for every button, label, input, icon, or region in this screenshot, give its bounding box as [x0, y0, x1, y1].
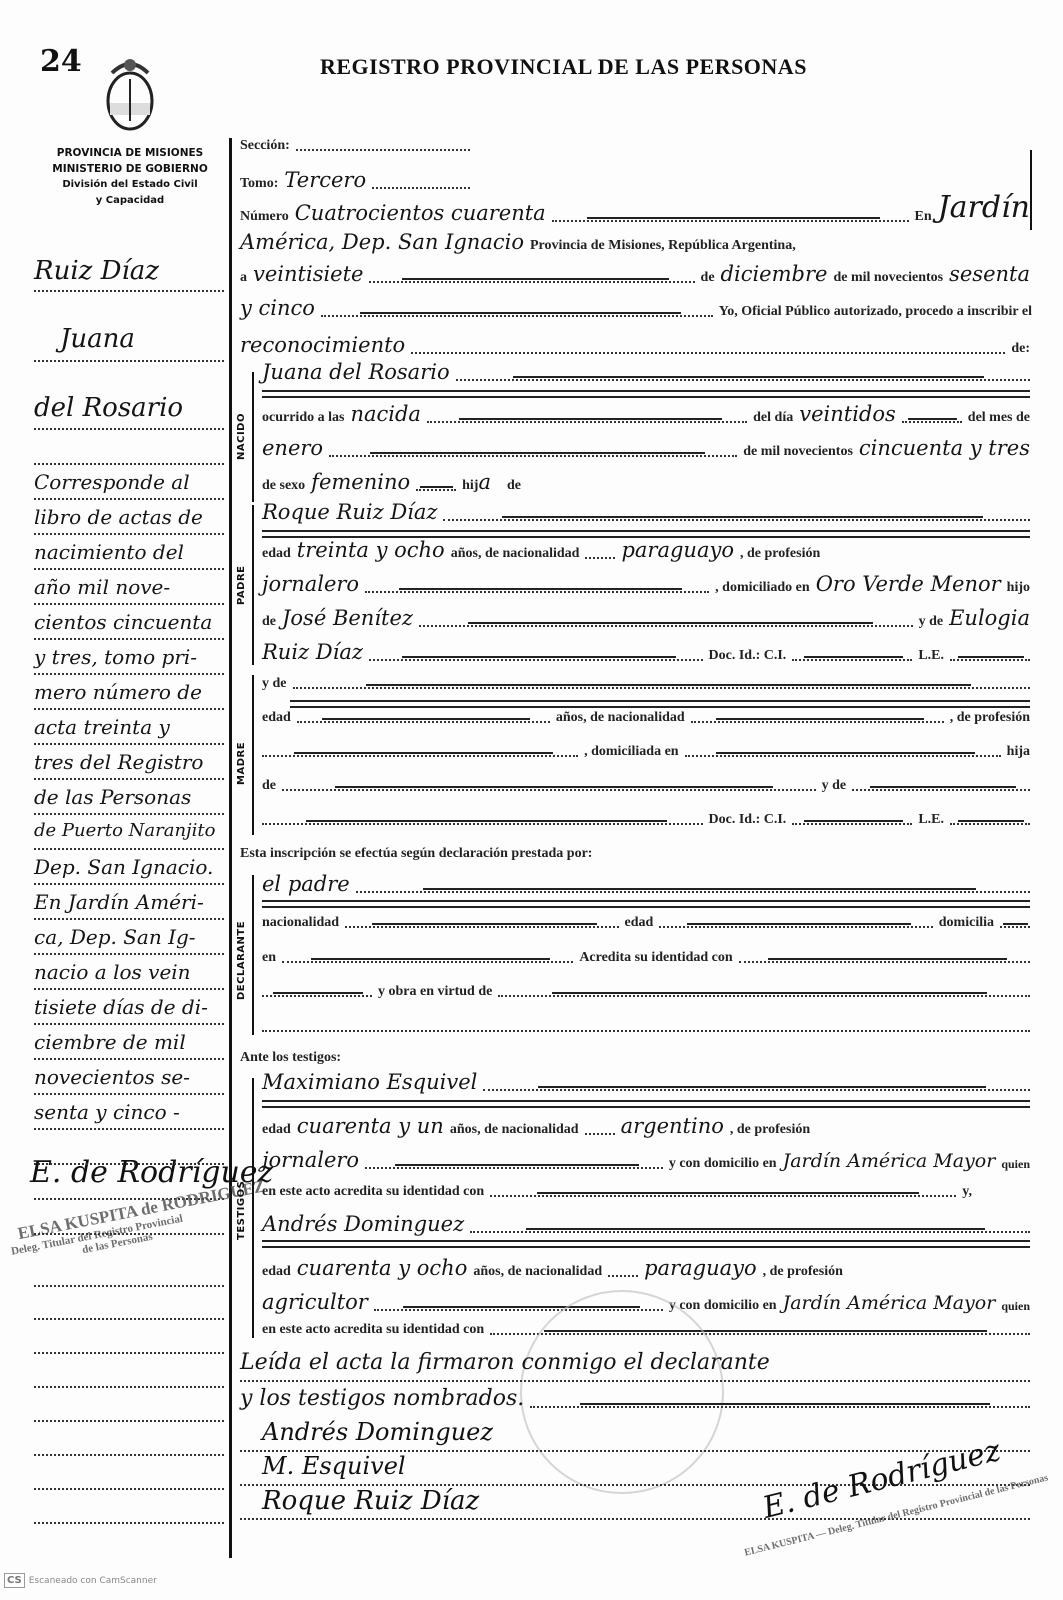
seccion-row: Sección:: [240, 138, 470, 154]
act-type-value[interactable]: reconocimiento: [240, 333, 405, 357]
madre-profesion-label: , de profesión: [950, 710, 1030, 726]
day-value[interactable]: veintisiete: [253, 262, 363, 286]
madre-doc-field[interactable]: [792, 823, 912, 825]
closing-line-2: y los testigos nombrados.: [240, 1386, 1030, 1411]
madre-profesion-field[interactable]: [262, 755, 578, 757]
padre-nacionalidad-value[interactable]: paraguayo: [621, 538, 734, 562]
tomo-row: Tomo: Tercero: [240, 168, 470, 192]
margin-annotation-line: mero número de: [34, 680, 202, 704]
margin-annotation-line: novecientos se-: [34, 1065, 190, 1089]
padre-le-field[interactable]: [950, 659, 1030, 661]
ocurrido-value[interactable]: nacida: [350, 402, 421, 426]
declarante-obra-field[interactable]: [498, 995, 1030, 997]
camscanner-logo-icon: CS: [4, 1573, 25, 1588]
signature-witness-2: Andrés Dominguez: [262, 1418, 493, 1446]
birth-year-prefix: de mil novecientos: [743, 444, 853, 460]
witness-1-name-row: Maximiano Esquivel: [262, 1070, 1030, 1094]
madre-domicilio-field[interactable]: [685, 755, 1001, 757]
madre-y-de-label: y de: [262, 676, 287, 692]
witness-2-edad-value[interactable]: cuarenta y ocho: [297, 1256, 468, 1280]
madre-le-label: L.E.: [918, 812, 944, 828]
place-value-1[interactable]: Jardín: [938, 190, 1030, 225]
place-value-2[interactable]: América, Dep. San Ignacio: [240, 230, 524, 254]
madre-hija-label: hija: [1007, 744, 1030, 760]
witness-2-name-row: Andrés Dominguez: [262, 1212, 1030, 1236]
padre-domicilio-value[interactable]: Oro Verde Menor: [816, 572, 1001, 596]
margin-annotation-line: tres del Registro: [34, 750, 203, 774]
witness-2-edad-label: edad: [262, 1264, 291, 1280]
testigos-intro: Ante los testigos:: [240, 1050, 341, 1066]
madre-parent1-field[interactable]: [282, 789, 816, 791]
margin-annotation-line: cientos cincuenta: [34, 610, 212, 634]
nacido-bracket: [252, 372, 254, 502]
padre-hijo-label: hijo: [1007, 580, 1030, 596]
nacido-name-row: Juana del Rosario: [262, 360, 1030, 384]
declarante-domicilio-label: domicilia: [939, 915, 994, 931]
madre-name-row: y de: [262, 676, 1030, 692]
madre-bracket: [252, 675, 254, 835]
ocurrido-label: ocurrido a las: [262, 410, 344, 426]
dia-value[interactable]: veintidos: [799, 402, 896, 426]
de-label: de: [701, 270, 715, 286]
margin-given-name-1: Juana: [60, 324, 135, 354]
declarante-edad-field[interactable]: [659, 926, 932, 928]
province-text: Provincia de Misiones, República Argenti…: [530, 238, 796, 254]
padre-parents-row: de José Benítez y de Eulogia: [262, 606, 1030, 630]
column-divider: [229, 138, 232, 1558]
padre-le-label: L.E.: [918, 648, 944, 664]
hij-de-label: de: [507, 478, 521, 494]
declarante-nacionalidad-label: nacionalidad: [262, 915, 339, 931]
birth-year-row: enero de mil novecientos cincuenta y tre…: [262, 436, 1030, 460]
margin-annotation-line: y tres, tomo pri-: [34, 645, 197, 669]
seccion-field[interactable]: [296, 149, 470, 151]
witness-1-quien-label: quien: [1001, 1157, 1030, 1172]
padre-edad-label: edad: [262, 546, 291, 562]
declarante-bracket: [252, 875, 254, 1035]
witness-2-domicilio-value[interactable]: Jardín América Mayor: [783, 1292, 996, 1314]
year-value-2[interactable]: y cinco: [240, 296, 315, 320]
agency-line: División del Estado Civil: [30, 177, 230, 193]
hij-label: hij: [462, 478, 478, 494]
numero-value[interactable]: Cuatrocientos cuarenta: [295, 201, 546, 225]
declarante-acredita-label: Acredita su identidad con: [579, 950, 732, 966]
witness-2-profesion-label: , de profesión: [763, 1264, 843, 1280]
margin-annotation-line: ciembre de mil: [34, 1030, 186, 1054]
mes-value[interactable]: enero: [262, 436, 323, 460]
padre-doc-field[interactable]: [792, 659, 912, 661]
witness-1-domicilio-label: y con domicilio en: [669, 1156, 777, 1172]
margin-annotation-line: tisiete días de di-: [34, 995, 208, 1019]
margin-annotation-line: de Puerto Naranjito: [34, 820, 215, 841]
declarante-obra-row: y obra en virtud de: [262, 984, 1030, 1000]
declarante-name[interactable]: el padre: [262, 872, 350, 896]
witness-2-acredita-label: en este acto acredita su identidad con: [262, 1322, 484, 1338]
margin-stamp: ELSA KUSPITA de RODRIGUEZ Deleg. Titular…: [16, 1176, 271, 1267]
official-row: y cinco Yo, Oficial Público autorizado, …: [240, 296, 1032, 320]
year-value-1[interactable]: sesenta: [949, 262, 1030, 286]
witness-1-profesion-value[interactable]: jornalero: [262, 1148, 359, 1172]
padre-doc-label: Doc. Id.: C.I.: [709, 648, 787, 664]
padre-y-de-label: y de: [919, 614, 944, 630]
declarante-name-row: el padre: [262, 872, 1030, 896]
madre-parent2-field[interactable]: [852, 789, 1030, 791]
declarante-edad-label: edad: [625, 915, 654, 931]
madre-anios-label: años, de nacionalidad: [556, 710, 685, 726]
issuing-agency: PROVINCIA DE MISIONES MINISTERIO DE GOBI…: [30, 145, 230, 209]
sexo-value[interactable]: femenino: [311, 470, 410, 494]
signature-official: E. de Rodríguez: [759, 1433, 1004, 1526]
closing-line-1: Leída el acta la firmaron conmigo el dec…: [240, 1350, 1030, 1375]
padre-name-row: Roque Ruiz Díaz: [262, 500, 1030, 524]
witness-1-edad-row: edad cuarenta y un años, de nacionalidad…: [262, 1114, 1030, 1138]
signature-declarant: Roque Ruiz Díaz: [262, 1486, 479, 1516]
witness-1-acredita-field[interactable]: [490, 1195, 956, 1197]
de-colon-label: de:: [1011, 341, 1030, 357]
witness-2-edad-row: edad cuarenta y ocho años, de nacionalid…: [262, 1256, 1030, 1280]
padre-parent2-value-2[interactable]: Ruiz Díaz: [262, 640, 363, 664]
testigos-section-label: TESTIGOS: [236, 1181, 247, 1240]
sexo-row: de sexo femenino hij a de: [262, 470, 682, 494]
tomo-value[interactable]: Tercero: [284, 168, 366, 192]
padre-edad-row: edad treinta y ocho años, de nacionalida…: [262, 538, 1030, 562]
witness-2-quien-label: quien: [1001, 1299, 1030, 1314]
month-value[interactable]: diciembre: [721, 262, 828, 286]
agency-line: MINISTERIO DE GOBIERNO: [30, 161, 230, 177]
margin-annotation-line: ca, Dep. San Ig-: [34, 925, 196, 949]
a-label: a: [240, 270, 247, 286]
witness-2-profesion-value[interactable]: agricultor: [262, 1290, 368, 1314]
margin-annotation-line: Dep. San Ignacio.: [34, 855, 213, 879]
del-mes-label: del mes de: [968, 410, 1030, 426]
document-title: REGISTRO PROVINCIAL DE LAS PERSONAS: [320, 54, 807, 80]
year-prefix: de mil novecientos: [833, 270, 943, 286]
margin-annotation-line: Corresponde al: [34, 470, 190, 494]
madre-y-de2-label: y de: [822, 778, 847, 794]
birth-year-value[interactable]: cincuenta y tres: [859, 436, 1030, 460]
witness-2-anios-label: años, de nacionalidad: [473, 1264, 602, 1280]
sexo-label: de sexo: [262, 478, 305, 494]
numero-row: Número Cuatrocientos cuarenta En Jardín: [240, 190, 1030, 225]
madre-doc-row: Doc. Id.: C.I. L.E.: [262, 812, 1030, 828]
madre-edad-field[interactable]: [297, 721, 550, 723]
declarante-en-field[interactable]: [282, 961, 573, 963]
numero-label: Número: [240, 209, 289, 225]
madre-doc-label: Doc. Id.: C.I.: [709, 812, 787, 828]
margin-given-name-2: del Rosario: [34, 393, 183, 423]
birth-certificate-page: 24 REGISTRO PROVINCIAL DE LAS PERSONAS P…: [0, 0, 1063, 1600]
witness-2-name[interactable]: Andrés Dominguez: [262, 1212, 464, 1236]
madre-de-label: de: [262, 778, 276, 794]
witness-1-domicilio-row: jornalero y con domicilio en Jardín Amér…: [262, 1148, 1030, 1172]
right-border: [1030, 150, 1032, 230]
madre-edad-label: edad: [262, 710, 291, 726]
witness-1-name[interactable]: Maximiano Esquivel: [262, 1070, 477, 1094]
padre-domicilio-label: , domiciliado en: [715, 580, 810, 596]
witness-1-domicilio-value[interactable]: Jardín América Mayor: [783, 1150, 996, 1172]
padre-bracket: [252, 505, 254, 665]
declarante-obra-label: y obra en virtud de: [378, 984, 492, 1000]
padre-profesion-label: , de profesión: [740, 546, 820, 562]
margin-surname: Ruiz Díaz: [34, 256, 159, 286]
witness-1-profesion-label: , de profesión: [730, 1122, 810, 1138]
agency-line: y Capacidad: [30, 193, 230, 209]
witness-1-edad-value[interactable]: cuarenta y un: [297, 1114, 444, 1138]
nacido-name[interactable]: Juana del Rosario: [262, 360, 450, 384]
witness-1-nacionalidad-value[interactable]: argentino: [621, 1114, 724, 1138]
madre-domicilio-row: , domiciliada en hija: [262, 744, 1030, 760]
witness-1-acredita-label: en este acto acredita su identidad con: [262, 1184, 484, 1200]
declarante-en-label: en: [262, 950, 276, 966]
padre-profesion-value[interactable]: jornalero: [262, 572, 359, 596]
margin-annotation-line: de las Personas: [34, 785, 191, 809]
declarante-nacionalidad-row: nacionalidad edad domicilia: [262, 915, 1030, 931]
margin-annotation-line: nacimiento del: [34, 540, 184, 564]
closing-text-2: y los testigos nombrados.: [240, 1386, 524, 1411]
madre-domicilio-label: , domiciliada en: [584, 744, 679, 760]
madre-parents-row: de y de: [262, 778, 1030, 794]
nacido-section-label: NACIDO: [236, 413, 247, 460]
declarante-section-label: DECLARANTE: [236, 921, 247, 1000]
madre-section-label: MADRE: [236, 742, 247, 785]
madre-name-field[interactable]: [293, 687, 1031, 689]
closing-text-1: Leída el acta la firmaron conmigo el dec…: [240, 1350, 770, 1375]
place-row: América, Dep. San Ignacio Provincia de M…: [240, 230, 1035, 254]
padre-parent2-value-1[interactable]: Eulogia: [949, 606, 1030, 630]
margin-annotation-line: libro de actas de: [34, 505, 203, 529]
agency-line: PROVINCIA DE MISIONES: [30, 145, 230, 161]
date-row: a veintisiete de diciembre de mil noveci…: [240, 262, 1030, 286]
scanner-watermark: CS Escaneado con CamScanner: [4, 1573, 157, 1588]
declarante-nacionalidad-field[interactable]: [345, 926, 618, 928]
scanner-text: Escaneado con CamScanner: [29, 1576, 157, 1586]
witness-1-end-label: y,: [962, 1184, 972, 1200]
margin-annotation-line: senta y cinco -: [34, 1100, 180, 1124]
madre-edad-row: edad años, de nacionalidad , de profesió…: [262, 710, 1030, 726]
ocurrido-row: ocurrido a las nacida del día veintidos …: [262, 402, 1030, 426]
padre-edad-value[interactable]: treinta y ocho: [297, 538, 445, 562]
padre-anios-label: años, de nacionalidad: [451, 546, 580, 562]
padre-doc-row: Ruiz Díaz Doc. Id.: C.I. L.E.: [262, 640, 1030, 664]
padre-domicilio-row: jornalero , domiciliado en Oro Verde Men…: [262, 572, 1030, 596]
witness-1-edad-label: edad: [262, 1122, 291, 1138]
madre-nacionalidad-field[interactable]: [691, 721, 944, 723]
testigos-bracket: [252, 1078, 254, 1338]
declarante-intro: Esta inscripción se efectúa según declar…: [240, 846, 592, 862]
folio-number: 24: [40, 44, 82, 79]
declarante-acredita-row: en Acredita su identidad con: [262, 950, 1030, 966]
madre-le-field[interactable]: [950, 823, 1030, 825]
signature-witness-1: M. Esquivel: [262, 1452, 406, 1480]
witness-2-nacionalidad-value[interactable]: paraguayo: [644, 1256, 757, 1280]
del-dia-label: del día: [753, 410, 793, 426]
padre-de-label: de: [262, 614, 276, 630]
margin-annotation-line: acta treinta y: [34, 715, 170, 739]
padre-section-label: PADRE: [236, 566, 247, 605]
official-text: Yo, Oficial Público autorizado, procedo …: [719, 304, 1032, 320]
margin-annotation-line: nacio a los vein: [34, 960, 191, 984]
margin-annotation-line: año mil nove-: [34, 575, 170, 599]
margin-annotation-line: En Jardín Améri-: [34, 890, 204, 914]
witness-1-acredita-row: en este acto acredita su identidad con y…: [262, 1184, 972, 1200]
padre-parent1-value[interactable]: José Benítez: [282, 606, 413, 630]
seccion-label: Sección:: [240, 138, 290, 154]
witness-1-anios-label: años, de nacionalidad: [450, 1122, 579, 1138]
act-type-row: reconocimiento de:: [240, 333, 1030, 357]
hij-value[interactable]: a: [478, 470, 491, 494]
declarante-acredita-field[interactable]: [739, 961, 1030, 963]
padre-name[interactable]: Roque Ruiz Díaz: [262, 500, 437, 524]
argentina-coat-of-arms-icon: [100, 55, 160, 135]
en-label: En: [915, 209, 932, 225]
